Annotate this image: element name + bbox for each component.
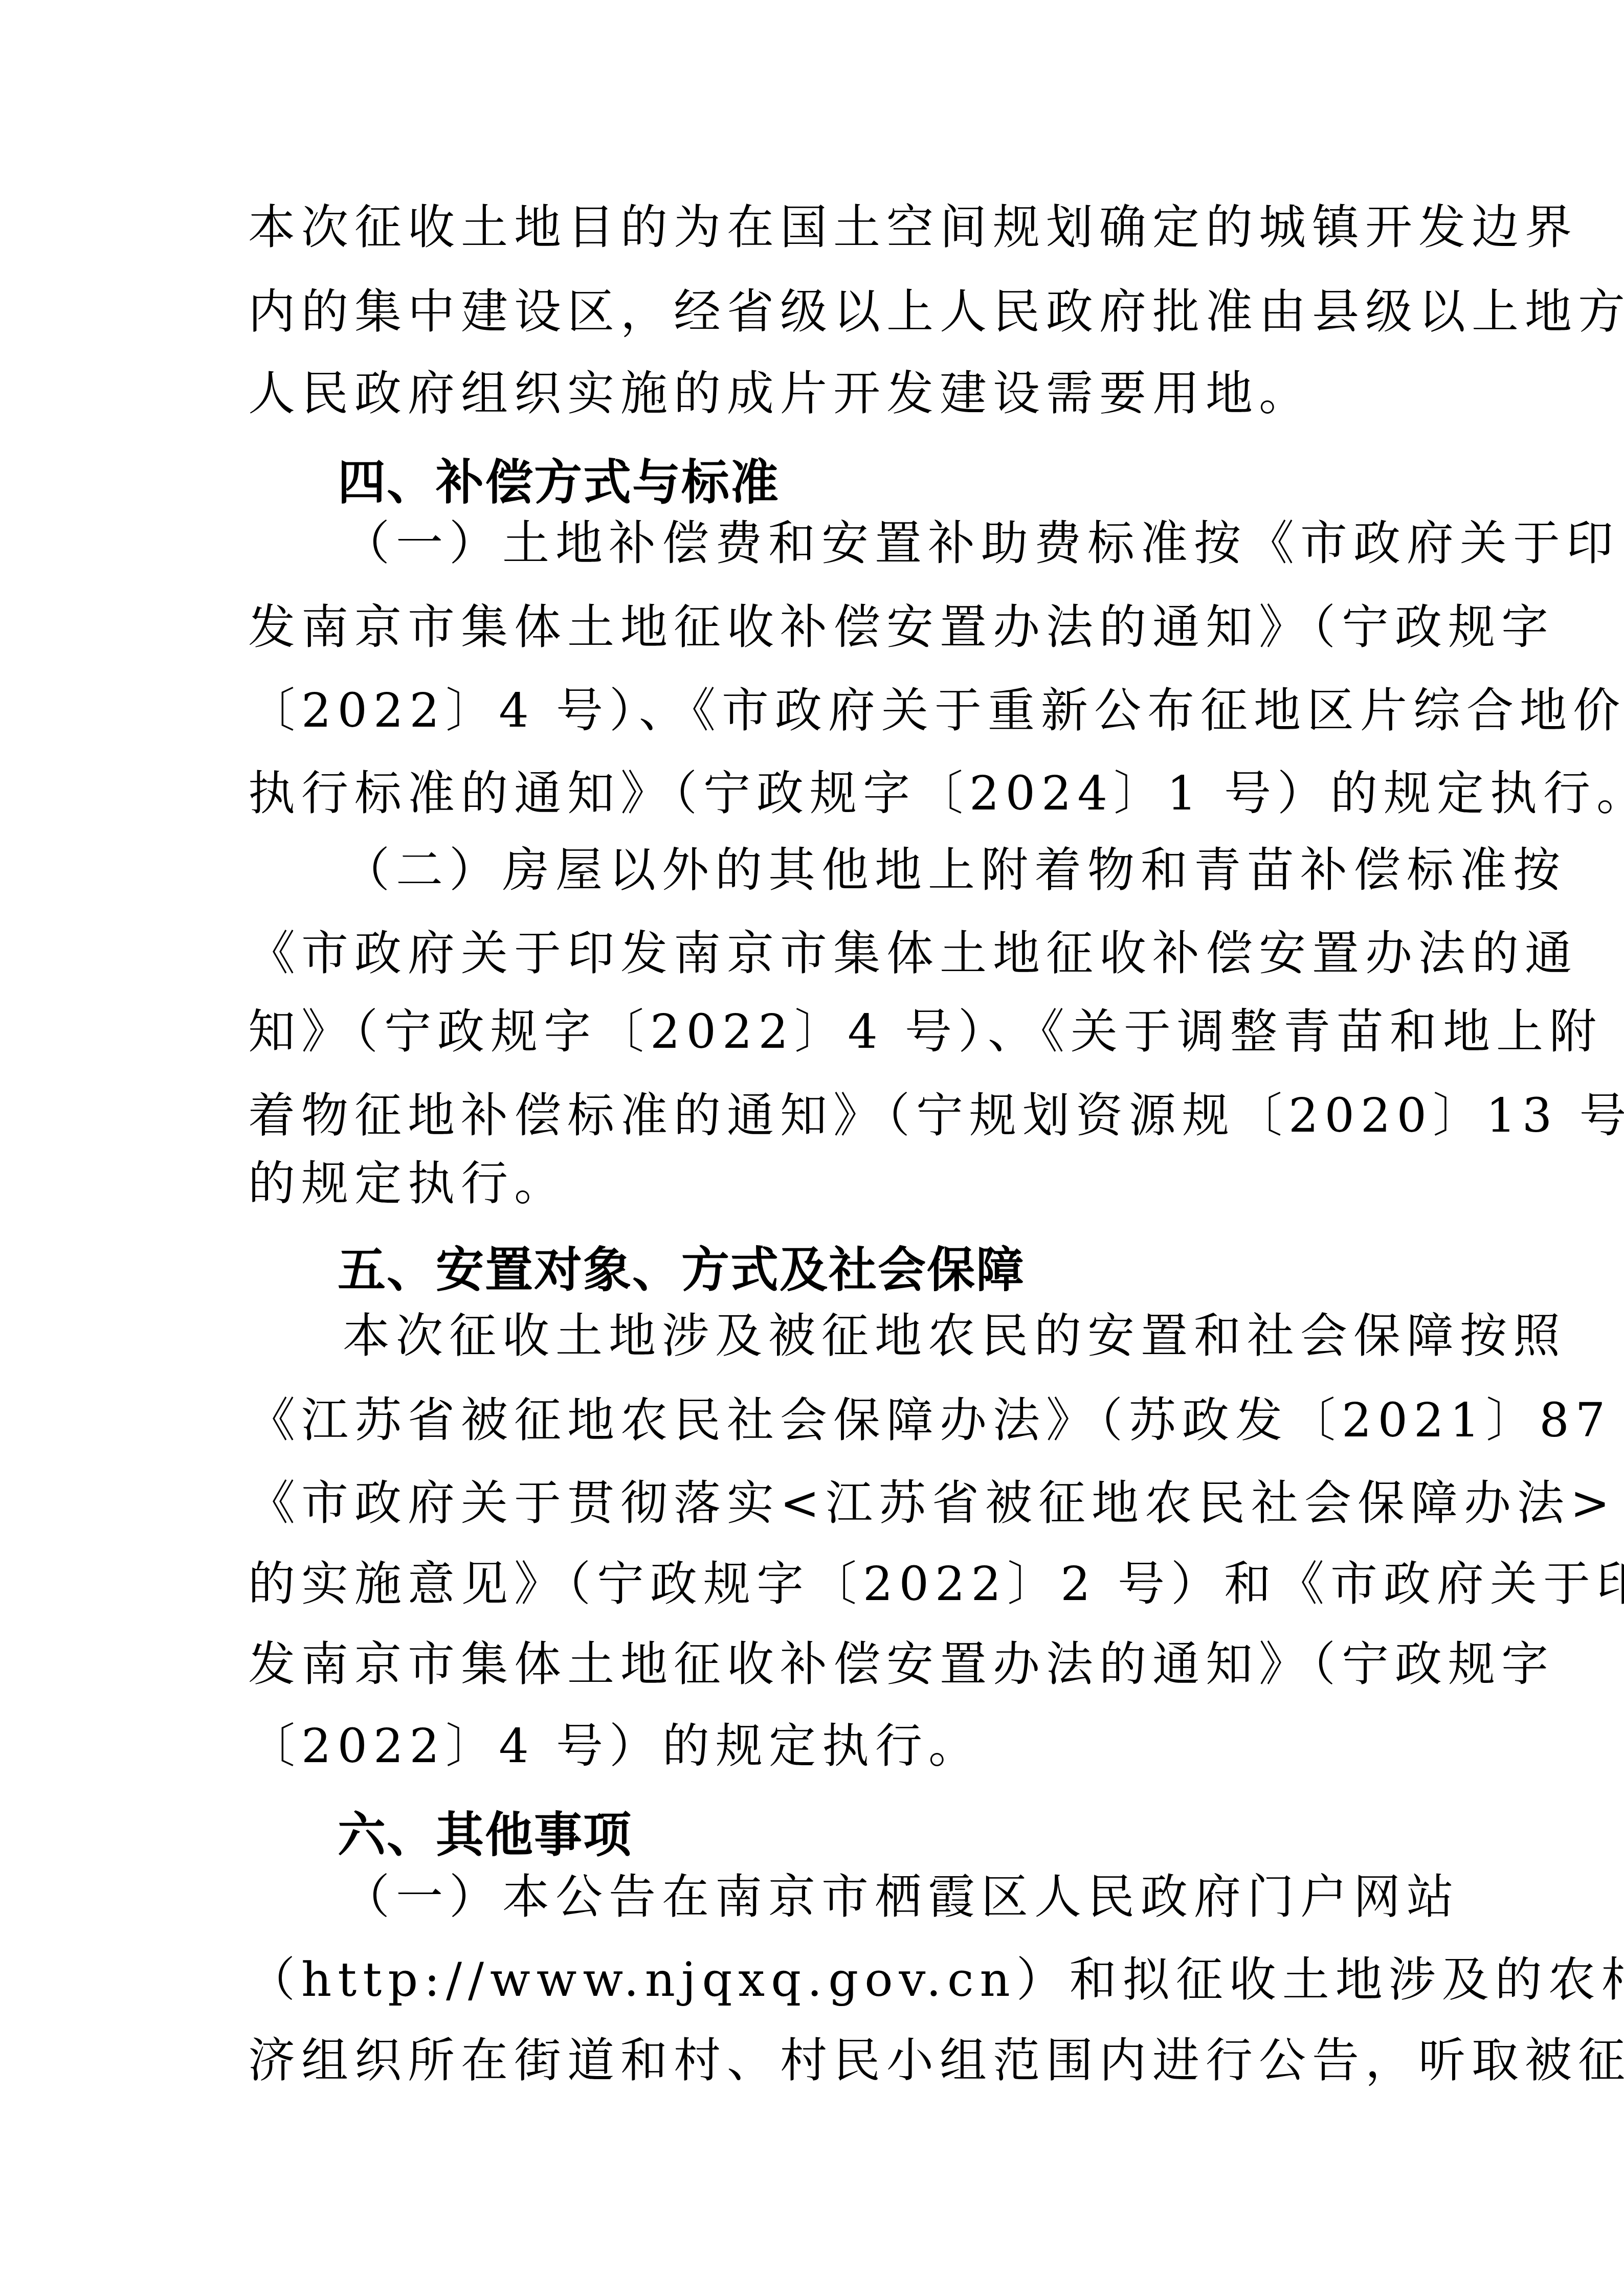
paragraph-line: 《市政府关于贯彻落实<江苏省被征地农民社会保障办法>: [248, 1473, 1396, 1534]
intro-line: 本次征收土地目的为在国土空间规划确定的城镇开发边界: [248, 197, 1396, 258]
section-heading-5: 五、安置对象、方式及社会保障: [338, 1240, 1025, 1301]
paragraph-line: 济组织所在街道和村、村民小组范围内进行公告，听取被征: [248, 2030, 1396, 2091]
paragraph-line: 执行标准的通知》（宁政规字〔2024〕1 号）的规定执行。: [248, 763, 1396, 824]
intro-line: 人民政府组织实施的成片开发建设需要用地。: [248, 363, 1396, 424]
paragraph-line: 发南京市集体土地征收补偿安置办法的通知》（宁政规字: [248, 597, 1396, 658]
paragraph-line: 知》（宁政规字〔2022〕4 号）、《关于调整青苗和地上附: [248, 1001, 1396, 1063]
paragraph-line: 〔2022〕4 号）的规定执行。: [248, 1716, 1396, 1777]
section-heading-4: 四、补偿方式与标准: [338, 453, 780, 514]
paragraph-line: 的实施意见》（宁政规字〔2022〕2 号）和《市政府关于印: [248, 1554, 1396, 1615]
intro-line: 内的集中建设区，经省级以上人民政府批准由县级以上地方: [248, 281, 1396, 343]
section-heading-6: 六、其他事项: [338, 1805, 632, 1866]
paragraph-line: 的规定执行。: [248, 1153, 1396, 1214]
paragraph-line: （http://www.njqxq.gov.cn）和拟征收土地涉及的农村集体经: [248, 1949, 1396, 2011]
paragraph-line: 发南京市集体土地征收补偿安置办法的通知》（宁政规字: [248, 1634, 1396, 1695]
paragraph-line: 《江苏省被征地农民社会保障办法》（苏政发〔2021〕87 号）: [248, 1390, 1396, 1451]
paragraph-line: （一）土地补偿费和安置补助费标准按《市政府关于印: [343, 513, 1396, 574]
paragraph-line: 着物征地补偿标准的通知》（宁规划资源规〔2020〕13 号）: [248, 1085, 1396, 1146]
paragraph-line: 《市政府关于印发南京市集体土地征收补偿安置办法的通: [248, 923, 1396, 984]
paragraph-line: 本次征收土地涉及被征地农民的安置和社会保障按照: [343, 1305, 1396, 1367]
paragraph-line: （二）房屋以外的其他地上附着物和青苗补偿标准按: [343, 840, 1396, 901]
paragraph-line: 〔2022〕4 号）、《市政府关于重新公布征地区片综合地价: [248, 680, 1396, 741]
paragraph-line: （一）本公告在南京市栖霞区人民政府门户网站: [343, 1866, 1396, 1928]
